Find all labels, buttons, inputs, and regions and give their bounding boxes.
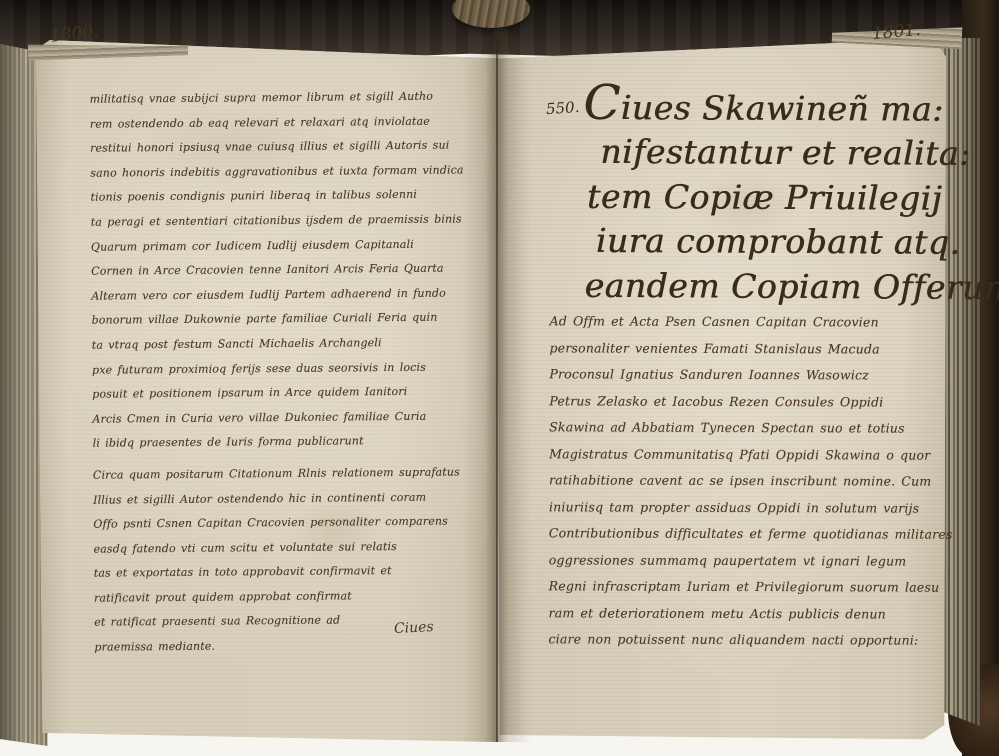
right-page-heading: Ciues Skawineñ ma:nifestantur et realita… — [582, 81, 999, 310]
manuscript-line: ta vtraq post festum Sancti Michaelis Ar… — [92, 330, 460, 358]
manuscript-line: restitui honori ipsiusq vnae cuiusq illi… — [90, 134, 458, 162]
manuscript-line: Ad Offm et Acta Psen Casnen Capitan Crac… — [550, 308, 980, 336]
manuscript-line: bonorum villae Dukownie parte familiae C… — [91, 306, 459, 334]
manuscript-line: Illius et sigilli Autor ostendendo hic i… — [93, 485, 461, 513]
manuscript-line: Quarum primam cor Iudicem Iudlij eiusdem… — [91, 232, 459, 260]
manuscript-line: Contributionibus difficultates et ferme … — [549, 520, 979, 548]
manuscript-line: Cornen in Arce Cracovien tenne Ianitori … — [91, 257, 459, 285]
manuscript-line: Arcis Cmen in Curia vero villae Dukoniec… — [92, 404, 460, 432]
heading-line: eandem Copiam Offerunt. — [584, 263, 999, 310]
manuscript-line: Alteram vero cor eiusdem Iudlij Partem a… — [91, 281, 459, 309]
heading-line: tem Copiæ Priuilegij — [587, 175, 999, 222]
manuscript-line: ram et deteriorationem metu Actis public… — [548, 600, 978, 628]
manuscript-line: iniuriisq tam propter assiduas Oppidi in… — [549, 494, 979, 522]
manuscript-line: Regni infrascriptam Iuriam et Privilegio… — [549, 573, 979, 601]
manuscript-line: pxe futuram proximioq ferijs sese duas s… — [92, 355, 460, 383]
right-page-body-text: Ad Offm et Acta Psen Casnen Capitan Crac… — [548, 308, 979, 654]
manuscript-line: posuit et positionem ipsarum in Arce qui… — [92, 380, 460, 408]
entry-number: 550. — [545, 98, 580, 118]
manuscript-line: Petrus Zelasko et Iacobus Rezen Consules… — [549, 388, 979, 416]
manuscript-line: Magistratus Communitatisq Pfati Oppidi S… — [549, 441, 979, 469]
manuscript-line: Proconsul Ignatius Sanduren Ioannes Waso… — [549, 361, 979, 389]
manuscript-line: sano honoris indebitis aggravationibus e… — [90, 158, 458, 186]
manuscript-line: ratihabitione cavent ac se ipsen inscrib… — [549, 467, 979, 495]
manuscript-line: ciare non potuissent nunc aliquandem nac… — [548, 626, 978, 654]
heading-line: nifestantur et realita: — [600, 130, 999, 177]
catchword: Ciues — [394, 619, 434, 637]
manuscript-line: praemissa mediante. — [94, 632, 462, 660]
left-page-body-text: militatisq vnae subijci supra memor libr… — [90, 84, 463, 660]
manuscript-line: li ibidq praesentes de Iuris forma publi… — [93, 429, 461, 457]
manuscript-line: rem ostendendo ab eaq relevari et relaxa… — [90, 109, 458, 137]
manuscript-line: personaliter venientes Famati Stanislaus… — [549, 335, 979, 363]
manuscript-line: militatisq vnae subijci supra memor libr… — [90, 84, 458, 112]
manuscript-line: Circa quam positarum Citationum Rlnis re… — [93, 460, 461, 488]
page-number-right: 1801. — [871, 20, 921, 44]
manuscript-line: Skawina ad Abbatiam Tynecen Spectan suo … — [549, 414, 979, 442]
manuscript-line: ratificavit prout quidem approbat confir… — [94, 583, 462, 611]
manuscript-line: Offo psnti Csnen Capitan Cracovien perso… — [93, 509, 461, 537]
manuscript-line: tionis poenis condignis puniri liberaq i… — [90, 183, 458, 211]
manuscript-line: ta peragi et sententiari citationibus ij… — [91, 207, 459, 235]
heading-line: Ciues Skawineñ ma: — [583, 81, 999, 133]
heading-line: iura comprobant atq. — [596, 219, 999, 266]
manuscript-line: tas et exportatas in toto approbavit con… — [94, 559, 462, 587]
manuscript-line: easdq fatendo vti cum scitu et voluntate… — [93, 534, 461, 562]
open-manuscript-book-photo: 1800. 1801. militatisq vnae subijci supr… — [0, 0, 999, 756]
manuscript-line: oggressiones summamq paupertatem vt igna… — [549, 547, 979, 575]
